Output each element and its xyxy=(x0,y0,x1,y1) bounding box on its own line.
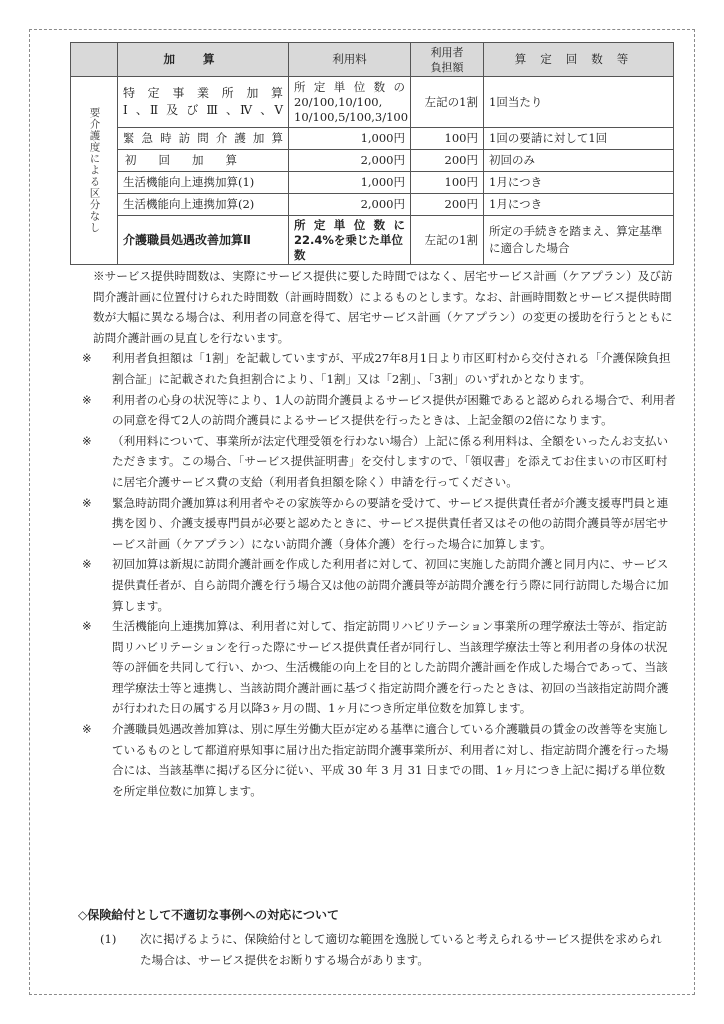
note: ※利用者の心身の状況等により、1人の訪問介護員よるサービス提供が困難であると認め… xyxy=(78,390,676,431)
table-row: 介護職員処遇改善加算Ⅱ 所 定 単 位 数 に 22.4%を乗じた単位 数 左記… xyxy=(71,216,674,265)
row-name: 生活機能向上連携加算(1) xyxy=(118,172,289,194)
header-fee: 利用料 xyxy=(289,43,411,77)
note-mark: ※ xyxy=(82,431,92,452)
item-number: (1) xyxy=(100,929,116,950)
table-row: 生活機能向上連携加算(2) 2,000円 200円 1月につき xyxy=(71,194,674,216)
row-count: 1月につき xyxy=(484,194,674,216)
row-fee: 2,000円 xyxy=(289,194,411,216)
note: ※初回加算は新規に訪問介護計画を作成した利用者に対して、初回に実施した訪問介護と… xyxy=(78,554,676,616)
group-label: 要介護度による区分なし xyxy=(87,107,102,234)
group-label-cell: 要介護度による区分なし xyxy=(71,77,118,265)
row-fee: 1,000円 xyxy=(289,128,411,150)
row-fee: 所 定 単 位 数 に 22.4%を乗じた単位 数 xyxy=(289,216,411,265)
row-fee: 2,000円 xyxy=(289,150,411,172)
row-burden: 100円 xyxy=(411,172,484,194)
row-count: 所定の手続きを踏まえ、算定基準に適合した場合 xyxy=(484,216,674,265)
header-count: 算定回数等 xyxy=(484,43,674,77)
note: ※利用者負担額は「1割」を記載していますが、平成27年8月1日より市区町村から交… xyxy=(78,348,676,389)
table-row: 生活機能向上連携加算(1) 1,000円 100円 1月につき xyxy=(71,172,674,194)
table-row: 初回加算 2,000円 200円 初回のみ xyxy=(71,150,674,172)
item-text: 次に掲げるように、保険給付として適切な範囲を逸脱していると考えられるサービス提供… xyxy=(140,932,662,967)
note: ※介護職員処遇改善加算は、別に厚生労働大臣が定める基準に適合している介護職員の賃… xyxy=(78,719,676,801)
section-title: ◇保険給付として不適切な事例への対応について xyxy=(78,906,339,923)
row-count: 1月につき xyxy=(484,172,674,194)
notes-list: ※サービス提供時間数は、実際にサービス提供に要した時間ではなく、居宅サービス計画… xyxy=(78,266,676,801)
note-mark: ※ xyxy=(82,616,92,637)
note-mark: ※ xyxy=(82,719,92,740)
row-name: 特 定 事 業 所 加 算 Ⅰ 、Ⅱ 及 び Ⅲ 、Ⅳ 、Ⅴ xyxy=(118,77,289,128)
row-fee: 1,000円 xyxy=(289,172,411,194)
row-burden: 100円 xyxy=(411,128,484,150)
header-user-burden: 利用者負担額 xyxy=(411,43,484,77)
note-mark: ※ xyxy=(82,554,92,575)
row-burden: 左記の1割 xyxy=(411,216,484,265)
row-name: 介護職員処遇改善加算Ⅱ xyxy=(118,216,289,265)
row-count: 初回のみ xyxy=(484,150,674,172)
note-mark: ※ xyxy=(82,390,92,411)
row-name: 生活機能向上連携加算(2) xyxy=(118,194,289,216)
row-name: 緊急時訪問介護加算 xyxy=(118,128,289,150)
fee-table: 加算 利用料 利用者負担額 算定回数等 要介護度による区分なし 特 定 事 業 … xyxy=(70,42,674,265)
section-item: (1) 次に掲げるように、保険給付として適切な範囲を逸脱していると考えられるサー… xyxy=(100,929,665,971)
row-burden: 左記の1割 xyxy=(411,77,484,128)
note: ※（利用料について、事業所が法定代理受領を行わない場合）上記に係る利用料は、全額… xyxy=(78,431,676,493)
note: ※生活機能向上連携加算は、利用者に対して、指定訪問リハビリテーション事業所の理学… xyxy=(78,616,676,719)
table-row: 要介護度による区分なし 特 定 事 業 所 加 算 Ⅰ 、Ⅱ 及 び Ⅲ 、Ⅳ … xyxy=(71,77,674,128)
note-mark: ※ xyxy=(82,493,92,514)
header-addition: 加算 xyxy=(118,43,289,77)
row-fee: 所 定 単 位 数 の 20/100,10/100, 10/100,5/100,… xyxy=(289,77,411,128)
note-mark: ※ xyxy=(82,348,92,369)
row-burden: 200円 xyxy=(411,194,484,216)
row-name: 初回加算 xyxy=(118,150,289,172)
table-row: 緊急時訪問介護加算 1,000円 100円 1回の要請に対して1回 xyxy=(71,128,674,150)
row-count: 1回の要請に対して1回 xyxy=(484,128,674,150)
table-header-row: 加算 利用料 利用者負担額 算定回数等 xyxy=(71,43,674,77)
note: ※サービス提供時間数は、実際にサービス提供に要した時間ではなく、居宅サービス計画… xyxy=(78,266,676,348)
row-burden: 200円 xyxy=(411,150,484,172)
note-mark: ※ xyxy=(93,269,105,283)
row-count: 1回当たり xyxy=(484,77,674,128)
header-blank xyxy=(71,43,118,77)
note: ※緊急時訪問介護加算は利用者やその家族等からの要請を受けて、サービス提供責任者が… xyxy=(78,493,676,555)
